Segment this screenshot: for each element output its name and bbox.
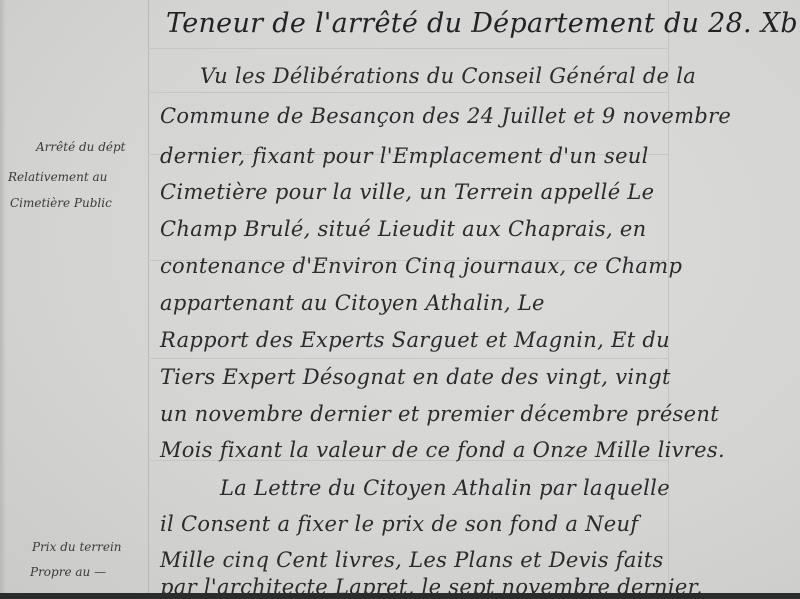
document-heading: Teneur de l'arrêté du Département du 28.… [166,8,800,39]
margin-note-line: Relativement au [8,170,107,184]
margin-rule [148,0,149,593]
ruled-line [148,92,668,93]
body-line: La Lettre du Citoyen Athalin par laquell… [220,476,670,500]
body-line: Mille cinq Cent livres, Les Plans et Dev… [160,548,664,572]
manuscript-page: Teneur de l'arrêté du Département du 28.… [0,0,800,593]
page-edge-shadow [0,0,6,593]
body-line: Champ Brulé, situé Lieudit aux Chaprais,… [160,217,646,241]
margin-note-line: Propre au — [30,565,106,579]
body-line: appartenant au Citoyen Athalin, Le [160,291,545,315]
body-line: un novembre dernier et premier décembre … [160,402,719,426]
margin-note-line: Arrêté du dépt [36,140,126,154]
right-rule [668,0,669,593]
body-line: Mois fixant la valeur de ce fond a Onze … [160,438,725,462]
body-line: dernier, fixant pour l'Emplacement d'un … [160,144,649,168]
margin-note-line: Prix du terrein [32,540,122,554]
body-line: contenance d'Environ Cinq journaux, ce C… [160,254,682,278]
body-line: Rapport des Experts Sarguet et Magnin, E… [160,328,670,352]
body-line: Cimetière pour la ville, un Terrein appe… [160,180,654,204]
ruled-line [148,48,668,49]
body-line: il Consent a fixer le prix de son fond a… [160,512,638,536]
body-line: Vu les Délibérations du Conseil Général … [200,64,696,88]
body-line: Tiers Expert Désognat en date des vingt,… [160,365,671,389]
body-line: Commune de Besançon des 24 Juillet et 9 … [160,104,731,128]
margin-note-line: Cimetière Public [10,196,112,210]
ruled-line [148,358,668,359]
viewer-bottom-bar [0,593,800,599]
